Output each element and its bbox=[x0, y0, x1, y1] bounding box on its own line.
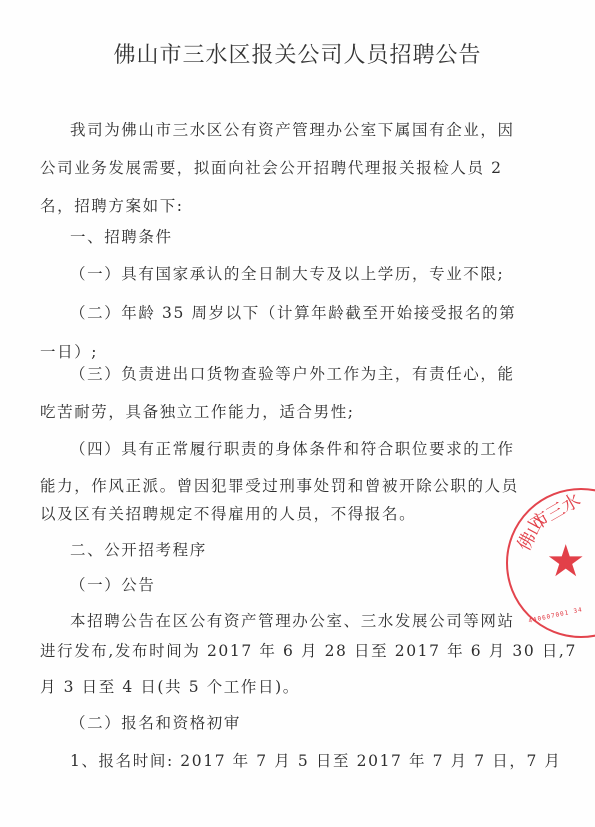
paragraph-line: （四）具有正常履行职责的身体条件和符合职位要求的工作 bbox=[70, 437, 515, 459]
document-title: 佛山市三水区报关公司人员招聘公告 bbox=[0, 38, 595, 69]
seal-star-icon: ★ bbox=[546, 540, 585, 584]
paragraph-line: （三）负责进出口货物查验等户外工作为主，有责任心，能 bbox=[70, 362, 515, 384]
paragraph-line: 1、报名时间: 2017 年 7 月 5 日至 2017 年 7 月 7 日，7… bbox=[70, 749, 562, 771]
paragraph-line: 本招聘公告在区公有资产管理办公室、三水发展公司等网站 bbox=[70, 609, 515, 631]
paragraph-line: 名，招聘方案如下: bbox=[40, 194, 184, 216]
paragraph-line: 能力，作风正派。曾因犯罪受过刑事处罚和曾被开除公职的人员 bbox=[40, 474, 519, 496]
paragraph-line: 月 3 日至 4 日(共 5 个工作日)。 bbox=[40, 675, 300, 697]
paragraph-line: 公司业务发展需要，拟面向社会公开招聘代理报关报检人员 2 bbox=[40, 156, 503, 178]
paragraph-line: 我司为佛山市三水区公有资产管理办公室下属国有企业，因 bbox=[70, 118, 515, 140]
paragraph-line: 一、招聘条件 bbox=[70, 225, 173, 247]
document-page: 佛山市三水区报关公司人员招聘公告 我司为佛山市三水区公有资产管理办公室下属国有企… bbox=[0, 0, 595, 827]
paragraph-line: （一）具有国家承认的全日制大专及以上学历，专业不限; bbox=[70, 262, 504, 284]
paragraph-line: 进行发布,发布时间为 2017 年 6 月 28 日至 2017 年 6 月 3… bbox=[40, 639, 577, 661]
paragraph-line: 二、公开招考程序 bbox=[70, 538, 207, 560]
paragraph-line: 以及区有关招聘规定不得雇用的人员，不得报名。 bbox=[40, 502, 416, 524]
paragraph-line: 吃苦耐劳，具备独立工作能力，适合男性; bbox=[40, 400, 355, 422]
paragraph-line: （一）公告 bbox=[70, 573, 156, 595]
paragraph-line: 一日）; bbox=[40, 340, 98, 362]
paragraph-line: （二）报名和资格初审 bbox=[70, 711, 241, 733]
paragraph-line: （二）年龄 35 周岁以下（计算年龄截至开始接受报名的第 bbox=[70, 301, 516, 323]
